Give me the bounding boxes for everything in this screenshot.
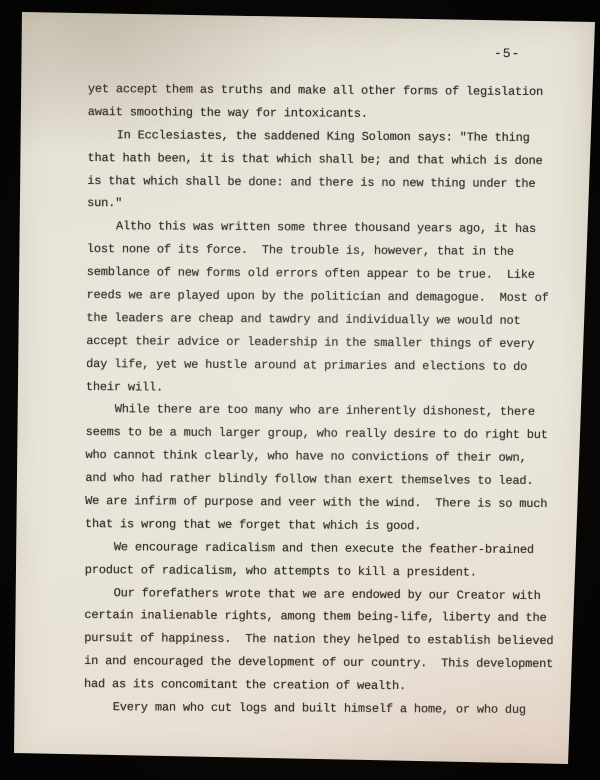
text-line: While there are too many who are inheren… bbox=[86, 398, 564, 424]
text-line: seems to be a much larger group, who rea… bbox=[86, 421, 564, 447]
text-line: is that which shall be done: and there i… bbox=[87, 170, 565, 196]
text-line: day life, yet we hustle around at primar… bbox=[86, 353, 564, 379]
text-line: who cannot think clearly, who have no co… bbox=[85, 444, 563, 470]
text-line: and who had rather blindly follow than e… bbox=[85, 467, 563, 493]
text-line: that hath been, it is that which shall b… bbox=[87, 147, 565, 173]
text-line: Every man who cut logs and built himself… bbox=[84, 696, 562, 722]
text-line: Altho this was written some three thousa… bbox=[87, 215, 565, 241]
text-line: sun." bbox=[87, 192, 565, 218]
text-line: the leaders are cheap and tawdry and ind… bbox=[86, 307, 564, 333]
text-line: reeds we are played upon by the politici… bbox=[86, 284, 564, 310]
text-line: In Ecclesiastes, the saddened King Solom… bbox=[88, 124, 566, 150]
text-line: certain inalienable rights, among them b… bbox=[84, 604, 562, 630]
text-line: their will. bbox=[86, 376, 564, 402]
document-body: yet accept them as truths and make all o… bbox=[84, 78, 566, 722]
text-line: that is wrong that we forget that which … bbox=[85, 513, 563, 539]
text-line: Our forefathers wrote that we are endowe… bbox=[85, 582, 563, 608]
text-line: semblance of new forms old errors often … bbox=[87, 261, 565, 287]
text-line: yet accept them as truths and make all o… bbox=[88, 78, 566, 104]
text-line: had as its concomitant the creation of w… bbox=[84, 673, 562, 699]
text-line: We encourage radicalism and then execute… bbox=[85, 536, 563, 562]
text-line: accept their advice or leadership in the… bbox=[86, 330, 564, 356]
text-line: await smoothing the way for intoxicants. bbox=[88, 101, 566, 127]
text-line: pursuit of happiness. The nation they he… bbox=[84, 627, 562, 653]
text-line: in and encouraged the development of our… bbox=[84, 650, 562, 676]
page-number: -5- bbox=[494, 46, 521, 61]
document-page: -5- yet accept them as truths and make a… bbox=[0, 0, 600, 780]
text-line: We are infirm of purpose and veer with t… bbox=[85, 490, 563, 516]
text-line: lost none of its force. The trouble is, … bbox=[87, 238, 565, 264]
photo-background: -5- yet accept them as truths and make a… bbox=[0, 0, 600, 780]
text-line: product of radicalism, who attempts to k… bbox=[85, 559, 563, 585]
